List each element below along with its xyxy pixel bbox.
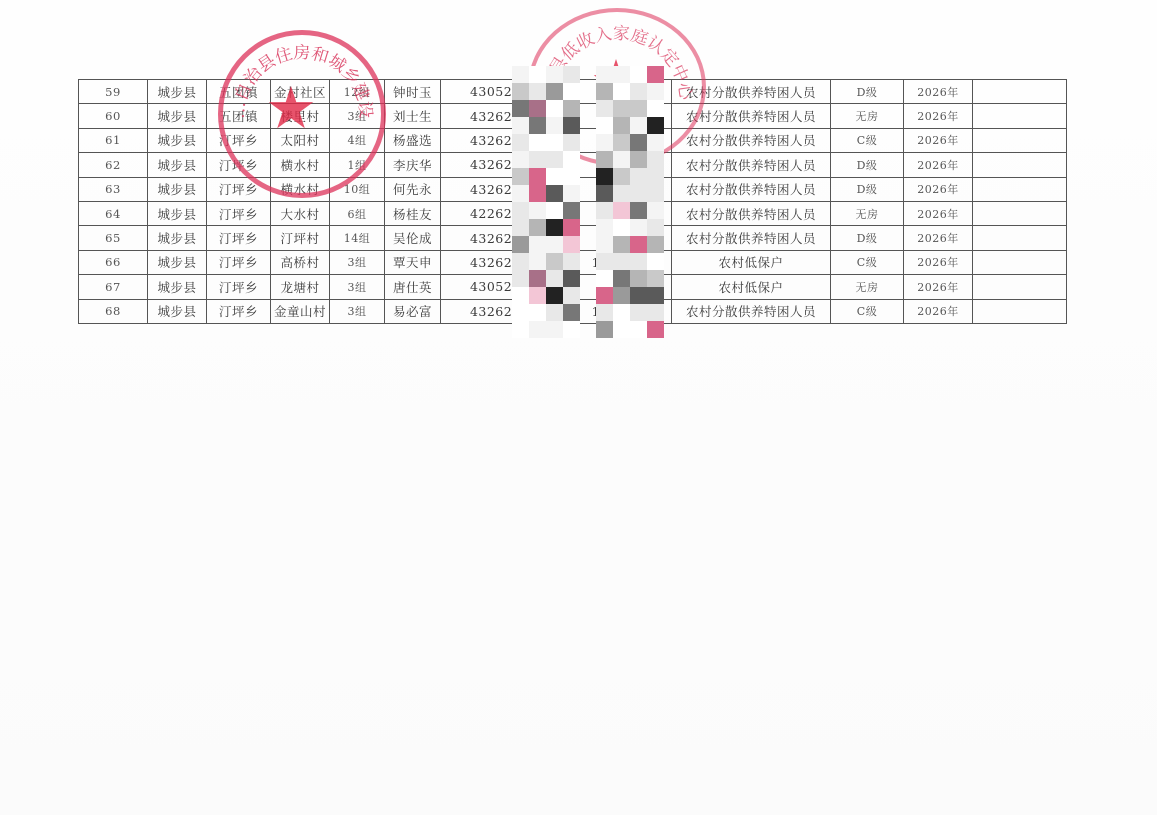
cell-phone: 1364…88 xyxy=(576,299,672,323)
cell-grade: D级 xyxy=(831,177,904,201)
cell-grade: D级 xyxy=(831,153,904,177)
cell-township: 汀坪乡 xyxy=(207,201,271,225)
cell-grade: C级 xyxy=(831,128,904,152)
cell-group: 3组 xyxy=(330,250,385,274)
cell-name: 杨桂友 xyxy=(385,201,441,225)
table-row: 60城步县五团镇楼里村3组刘士生43262719613113农村分散供养特困人员… xyxy=(79,104,1067,128)
cell-phone: 137373 xyxy=(576,128,672,152)
cell-id-number: 432627196 xyxy=(441,104,576,128)
cell-category: 农村低保户 xyxy=(672,275,831,299)
cell-note xyxy=(973,104,1067,128)
cell-group: 10组 xyxy=(330,177,385,201)
cell-phone: 185696 xyxy=(576,177,672,201)
cell-village: 横水村 xyxy=(271,177,330,201)
cell-row-number: 68 xyxy=(79,299,148,323)
cell-county: 城步县 xyxy=(148,80,207,104)
table-row: 68城步县汀坪乡金童山村3组易必富4326271951364…88农村分散供养特… xyxy=(79,299,1067,323)
cell-id-number: 422627195 xyxy=(441,201,576,225)
table-row: 61城步县汀坪乡太阳村4组杨盛选432627194137373农村分散供养特困人… xyxy=(79,128,1067,152)
cell-group: 1组 xyxy=(330,153,385,177)
cell-phone: 147100 xyxy=(576,80,672,104)
cell-grade: D级 xyxy=(831,80,904,104)
cell-group: 12组 xyxy=(330,80,385,104)
cell-village: 横水村 xyxy=(271,153,330,177)
table-row: 62城步县汀坪乡横水村1组李庆华432627196182306农村分散供养特困人… xyxy=(79,153,1067,177)
cell-name: 易必富 xyxy=(385,299,441,323)
cell-name: 唐仕英 xyxy=(385,275,441,299)
cell-category: 农村分散供养特困人员 xyxy=(672,226,831,250)
cell-category: 农村分散供养特困人员 xyxy=(672,153,831,177)
table-row: 65城步县汀坪乡汀坪村14组吴伦成43262719518890农村分散供养特困人… xyxy=(79,226,1067,250)
cell-year: 2026年 xyxy=(904,250,973,274)
cell-name: 刘士生 xyxy=(385,104,441,128)
cell-county: 城步县 xyxy=(148,299,207,323)
cell-id-number: 432627196 xyxy=(441,153,576,177)
cell-group: 3组 xyxy=(330,275,385,299)
cell-id-number: 430529196 xyxy=(441,275,576,299)
cell-year: 2026年 xyxy=(904,226,973,250)
cell-row-number: 63 xyxy=(79,177,148,201)
table-row: 63城步县汀坪乡横水村10组何先永432627196185696农村分散供养特困… xyxy=(79,177,1067,201)
cell-county: 城步县 xyxy=(148,201,207,225)
table-row: 67城步县汀坪乡龙塘村3组唐仕英4305291961736…5农村低保户无房20… xyxy=(79,275,1067,299)
scanned-page: 59城步县五团镇金村社区12组钟时玉430529194147100农村分散供养特… xyxy=(0,0,1157,815)
cell-county: 城步县 xyxy=(148,177,207,201)
cell-township: 五团镇 xyxy=(207,104,271,128)
cell-group: 4组 xyxy=(330,128,385,152)
cell-grade: C级 xyxy=(831,299,904,323)
cell-note xyxy=(973,177,1067,201)
cell-year: 2026年 xyxy=(904,201,973,225)
cell-grade: D级 xyxy=(831,226,904,250)
cell-row-number: 60 xyxy=(79,104,148,128)
cell-village: 太阳村 xyxy=(271,128,330,152)
cell-row-number: 67 xyxy=(79,275,148,299)
cell-note xyxy=(973,153,1067,177)
table-row: 59城步县五团镇金村社区12组钟时玉430529194147100农村分散供养特… xyxy=(79,80,1067,104)
cell-name: 覃天申 xyxy=(385,250,441,274)
cell-year: 2026年 xyxy=(904,299,973,323)
cell-category: 农村分散供养特困人员 xyxy=(672,104,831,128)
cell-county: 城步县 xyxy=(148,226,207,250)
cell-category: 农村低保户 xyxy=(672,250,831,274)
cell-category: 农村分散供养特困人员 xyxy=(672,177,831,201)
cell-id-number: 432627194 xyxy=(441,250,576,274)
cell-id-number: 432627195 xyxy=(441,299,576,323)
cell-category: 农村分散供养特困人员 xyxy=(672,128,831,152)
cell-village: 金村社区 xyxy=(271,80,330,104)
table-row: 66城步县汀坪乡高桥村3组覃天申43262719415295…6农村低保户C级2… xyxy=(79,250,1067,274)
cell-group: 3组 xyxy=(330,299,385,323)
cell-phone: 182306 xyxy=(576,153,672,177)
cell-category: 农村分散供养特困人员 xyxy=(672,80,831,104)
cell-grade: 无房 xyxy=(831,104,904,128)
cell-year: 2026年 xyxy=(904,275,973,299)
cell-grade: 无房 xyxy=(831,201,904,225)
cell-village: 金童山村 xyxy=(271,299,330,323)
cell-note xyxy=(973,299,1067,323)
cell-phone: 13113 xyxy=(576,104,672,128)
cell-phone: 152439 xyxy=(576,201,672,225)
cell-row-number: 64 xyxy=(79,201,148,225)
cell-group: 3组 xyxy=(330,104,385,128)
cell-township: 汀坪乡 xyxy=(207,275,271,299)
cell-group: 6组 xyxy=(330,201,385,225)
cell-id-number: 432627194 xyxy=(441,128,576,152)
cell-year: 2026年 xyxy=(904,128,973,152)
cell-name: 何先永 xyxy=(385,177,441,201)
cell-note xyxy=(973,201,1067,225)
cell-name: 杨盛选 xyxy=(385,128,441,152)
cell-row-number: 62 xyxy=(79,153,148,177)
roster-table: 59城步县五团镇金村社区12组钟时玉430529194147100农村分散供养特… xyxy=(78,79,1067,324)
cell-category: 农村分散供养特困人员 xyxy=(672,201,831,225)
cell-phone: 18890 xyxy=(576,226,672,250)
cell-phone: 1736…5 xyxy=(576,275,672,299)
cell-group: 14组 xyxy=(330,226,385,250)
cell-note xyxy=(973,250,1067,274)
cell-year: 2026年 xyxy=(904,177,973,201)
cell-note xyxy=(973,275,1067,299)
cell-grade: 无房 xyxy=(831,275,904,299)
cell-township: 汀坪乡 xyxy=(207,250,271,274)
cell-note xyxy=(973,80,1067,104)
cell-township: 汀坪乡 xyxy=(207,177,271,201)
cell-phone: 15295…6 xyxy=(576,250,672,274)
cell-row-number: 59 xyxy=(79,80,148,104)
cell-village: 龙塘村 xyxy=(271,275,330,299)
cell-county: 城步县 xyxy=(148,128,207,152)
cell-village: 高桥村 xyxy=(271,250,330,274)
table-row: 64城步县汀坪乡大水村6组杨桂友422627195152439农村分散供养特困人… xyxy=(79,201,1067,225)
cell-township: 五团镇 xyxy=(207,80,271,104)
cell-note xyxy=(973,128,1067,152)
cell-year: 2026年 xyxy=(904,104,973,128)
cell-name: 钟时玉 xyxy=(385,80,441,104)
cell-township: 汀坪乡 xyxy=(207,299,271,323)
cell-row-number: 65 xyxy=(79,226,148,250)
cell-township: 汀坪乡 xyxy=(207,153,271,177)
cell-county: 城步县 xyxy=(148,275,207,299)
cell-row-number: 61 xyxy=(79,128,148,152)
cell-year: 2026年 xyxy=(904,153,973,177)
cell-row-number: 66 xyxy=(79,250,148,274)
cell-county: 城步县 xyxy=(148,250,207,274)
cell-note xyxy=(973,226,1067,250)
cell-name: 吴伦成 xyxy=(385,226,441,250)
cell-name: 李庆华 xyxy=(385,153,441,177)
cell-township: 汀坪乡 xyxy=(207,128,271,152)
cell-category: 农村分散供养特困人员 xyxy=(672,299,831,323)
cell-grade: C级 xyxy=(831,250,904,274)
cell-id-number: 430529194 xyxy=(441,80,576,104)
cell-village: 汀坪村 xyxy=(271,226,330,250)
cell-id-number: 432627195 xyxy=(441,226,576,250)
cell-county: 城步县 xyxy=(148,153,207,177)
cell-village: 大水村 xyxy=(271,201,330,225)
cell-township: 汀坪乡 xyxy=(207,226,271,250)
cell-year: 2026年 xyxy=(904,80,973,104)
cell-village: 楼里村 xyxy=(271,104,330,128)
cell-county: 城步县 xyxy=(148,104,207,128)
cell-id-number: 432627196 xyxy=(441,177,576,201)
